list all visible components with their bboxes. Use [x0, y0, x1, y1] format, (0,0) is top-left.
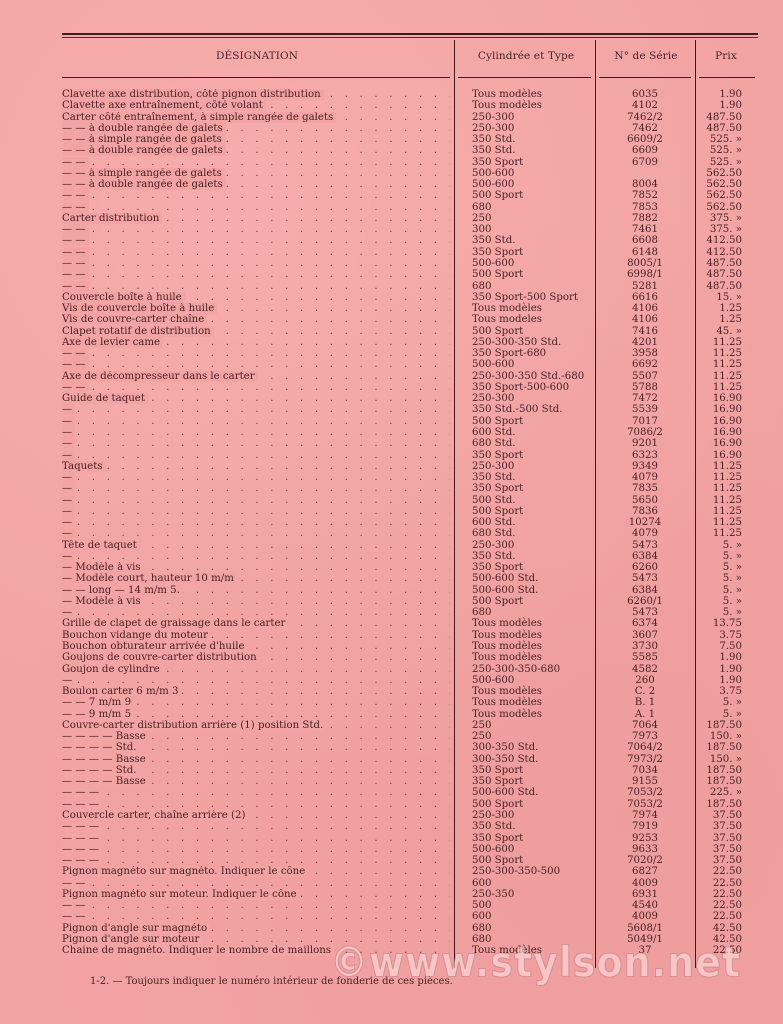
leader-dots: . . . . . . . . . . . . . . . . . . . . …	[62, 404, 450, 415]
prix-cell: 5. »	[700, 697, 742, 708]
table-row: . . . . . . . . . . . . . . . . . . . . …	[0, 630, 783, 641]
serie-cell: 9155	[598, 776, 692, 787]
leader-dots: . . . . . . . . . . . . . . . . . . . . …	[62, 202, 450, 213]
serie-cell: 5608/1	[598, 923, 692, 934]
serie-cell: 7053/2	[598, 787, 692, 798]
table-row: . . . . . . . . . . . . . . . . . . . . …	[0, 855, 783, 866]
serie-cell: 260	[598, 675, 692, 686]
serie-cell: 7461	[598, 224, 692, 235]
table-row: . . . . . . . . . . . . . . . . . . . . …	[0, 427, 783, 438]
designation-text: Clavette axe distribution, côté pignon d…	[62, 89, 324, 100]
serie-cell: 6323	[598, 450, 692, 461]
prix-cell: 11.25	[700, 371, 742, 382]
prix-cell: 11.25	[700, 506, 742, 517]
serie-cell: 7462	[598, 123, 692, 134]
leader-dots: . . . . . . . . . . . . . . . . . . . . …	[62, 855, 450, 866]
prix-cell: 1.25	[700, 314, 742, 325]
prix-cell: 7.50	[700, 641, 742, 652]
table-row: . . . . . . . . . . . . . . . . . . . . …	[0, 573, 783, 584]
header-rule	[458, 77, 591, 78]
designation-text: —	[62, 427, 75, 438]
table-row: . . . . . . . . . . . . . . . . . . . . …	[0, 179, 783, 190]
designation-cell: . . . . . . . . . . . . . . . . . . . . …	[62, 416, 450, 427]
serie-cell: 7852	[598, 190, 692, 201]
prix-cell: 15. »	[700, 292, 742, 303]
designation-cell: . . . . . . . . . . . . . . . . . . . . …	[62, 450, 450, 461]
prix-cell: 16.90	[700, 450, 742, 461]
table-row: . . . . . . . . . . . . . . . . . . . . …	[0, 720, 783, 731]
serie-cell: 4009	[598, 878, 692, 889]
table-row: . . . . . . . . . . . . . . . . . . . . …	[0, 371, 783, 382]
designation-cell: . . . . . . . . . . . . . . . . . . . . …	[62, 562, 450, 573]
designation-text: — — — — Basse	[62, 754, 149, 765]
table-row: . . . . . . . . . . . . . . . . . . . . …	[0, 393, 783, 404]
designation-text: — —	[62, 224, 89, 235]
cylindree-cell: 300-350 Std.	[472, 754, 592, 765]
prix-cell: 487.50	[700, 269, 742, 280]
designation-cell: . . . . . . . . . . . . . . . . . . . . …	[62, 123, 450, 134]
designation-cell: . . . . . . . . . . . . . . . . . . . . …	[62, 607, 450, 618]
prix-cell: 13.75	[700, 618, 742, 629]
designation-text: Guide de taquet	[62, 393, 148, 404]
cylindree-cell: 350 Sport-500-600	[472, 382, 592, 393]
table-row: . . . . . . . . . . . . . . . . . . . . …	[0, 269, 783, 280]
serie-cell: 8005/1	[598, 258, 692, 269]
leader-dots: . . . . . . . . . . . . . . . . . . . . …	[62, 247, 450, 258]
cylindree-cell: 250	[472, 731, 592, 742]
designation-cell: . . . . . . . . . . . . . . . . . . . . …	[62, 664, 450, 675]
cylindree-cell: 350 Std.	[472, 472, 592, 483]
table-row: . . . . . . . . . . . . . . . . . . . . …	[0, 145, 783, 156]
designation-cell: . . . . . . . . . . . . . . . . . . . . …	[62, 720, 450, 731]
parts-price-list-page: DÉSIGNATION Cylindrée et Type N° de Séri…	[0, 0, 783, 1024]
cylindree-cell: 500 Sport	[472, 596, 592, 607]
cylindree-cell: 500-600 Std.	[472, 787, 592, 798]
serie-cell: 7017	[598, 416, 692, 427]
prix-cell: 5. »	[700, 607, 742, 618]
prix-cell: 11.25	[700, 517, 742, 528]
designation-text: —	[62, 472, 75, 483]
table-row: . . . . . . . . . . . . . . . . . . . . …	[0, 472, 783, 483]
table-row: . . . . . . . . . . . . . . . . . . . . …	[0, 461, 783, 472]
table-row: . . . . . . . . . . . . . . . . . . . . …	[0, 787, 783, 798]
prix-cell: 562.50	[700, 202, 742, 213]
serie-cell: 4106	[598, 314, 692, 325]
prix-cell: 37.50	[700, 833, 742, 844]
table-row: . . . . . . . . . . . . . . . . . . . . …	[0, 224, 783, 235]
table-row: . . . . . . . . . . . . . . . . . . . . …	[0, 697, 783, 708]
prix-cell: 187.50	[700, 799, 742, 810]
table-row: . . . . . . . . . . . . . . . . . . . . …	[0, 235, 783, 246]
serie-cell: 5788	[598, 382, 692, 393]
prix-cell: 187.50	[700, 720, 742, 731]
table-row: . . . . . . . . . . . . . . . . . . . . …	[0, 112, 783, 123]
table-row: . . . . . . . . . . . . . . . . . . . . …	[0, 416, 783, 427]
designation-cell: . . . . . . . . . . . . . . . . . . . . …	[62, 731, 450, 742]
designation-cell: . . . . . . . . . . . . . . . . . . . . …	[62, 393, 450, 404]
designation-cell: . . . . . . . . . . . . . . . . . . . . …	[62, 495, 450, 506]
prix-cell: 11.25	[700, 472, 742, 483]
prix-cell: 37.50	[700, 855, 742, 866]
serie-cell: 5650	[598, 495, 692, 506]
designation-cell: . . . . . . . . . . . . . . . . . . . . …	[62, 900, 450, 911]
serie-cell: 5507	[598, 371, 692, 382]
table-row: . . . . . . . . . . . . . . . . . . . . …	[0, 911, 783, 922]
table-row: . . . . . . . . . . . . . . . . . . . . …	[0, 450, 783, 461]
serie-cell: 4540	[598, 900, 692, 911]
designation-text: — — 7 m/m 9	[62, 697, 134, 708]
serie-cell: 7064	[598, 720, 692, 731]
table-row: . . . . . . . . . . . . . . . . . . . . …	[0, 359, 783, 370]
designation-text: — —	[62, 157, 89, 168]
prix-cell: 45. »	[700, 326, 742, 337]
cylindree-cell: 350 Sport	[472, 833, 592, 844]
serie-cell: 4079	[598, 472, 692, 483]
designation-cell: . . . . . . . . . . . . . . . . . . . . …	[62, 359, 450, 370]
serie-cell: 7020/2	[598, 855, 692, 866]
designation-text: Vis de couvre-carter chaîne	[62, 314, 207, 325]
designation-cell: . . . . . . . . . . . . . . . . . . . . …	[62, 292, 450, 303]
designation-cell: . . . . . . . . . . . . . . . . . . . . …	[62, 573, 450, 584]
table-row: . . . . . . . . . . . . . . . . . . . . …	[0, 866, 783, 877]
serie-cell: 6148	[598, 247, 692, 258]
designation-text: Pignon d'angle sur moteur	[62, 934, 202, 945]
serie-cell: 6998/1	[598, 269, 692, 280]
cylindree-cell: 680	[472, 202, 592, 213]
serie-cell: 6709	[598, 157, 692, 168]
designation-cell: . . . . . . . . . . . . . . . . . . . . …	[62, 168, 450, 179]
designation-text: Axe de levier came	[62, 337, 163, 348]
leader-dots: . . . . . . . . . . . . . . . . . . . . …	[62, 427, 450, 438]
serie-cell: B. 1	[598, 697, 692, 708]
designation-text: —	[62, 607, 75, 618]
table-row: . . . . . . . . . . . . . . . . . . . . …	[0, 258, 783, 269]
designation-cell: . . . . . . . . . . . . . . . . . . . . …	[62, 618, 450, 629]
designation-text: Tête de taquet	[62, 540, 140, 551]
prix-cell: 11.25	[700, 382, 742, 393]
serie-cell: A. 1	[598, 709, 692, 720]
prix-cell: 3.75	[700, 686, 742, 697]
prix-cell: 187.50	[700, 765, 742, 776]
designation-cell: . . . . . . . . . . . . . . . . . . . . …	[62, 799, 450, 810]
prix-cell: 22.50	[700, 889, 742, 900]
designation-text: Carter côté entraînement, à simple rangé…	[62, 112, 336, 123]
serie-cell: 6608	[598, 235, 692, 246]
leader-dots: . . . . . . . . . . . . . . . . . . . . …	[62, 359, 450, 370]
leader-dots: . . . . . . . . . . . . . . . . . . . . …	[62, 787, 450, 798]
designation-text: —	[62, 438, 75, 449]
designation-text: Pignon d'angle sur magnéto	[62, 923, 210, 934]
serie-cell: 4079	[598, 528, 692, 539]
cylindree-cell: 350 Std.	[472, 551, 592, 562]
designation-cell: . . . . . . . . . . . . . . . . . . . . …	[62, 709, 450, 720]
cylindree-cell: 250-300-350-500	[472, 866, 592, 877]
table-row: . . . . . . . . . . . . . . . . . . . . …	[0, 810, 783, 821]
designation-text: — Modèle à vis	[62, 596, 144, 607]
designation-text: — — long — 14 m/m 5.	[62, 585, 183, 596]
cylindree-cell: 500 Sport	[472, 326, 592, 337]
designation-cell: . . . . . . . . . . . . . . . . . . . . …	[62, 833, 450, 844]
leader-dots: . . . . . . . . . . . . . . . . . . . . …	[62, 269, 450, 280]
cylindree-cell: 680	[472, 281, 592, 292]
leader-dots: . . . . . . . . . . . . . . . . . . . . …	[62, 675, 450, 686]
cylindree-cell: 600	[472, 911, 592, 922]
serie-cell: 7919	[598, 821, 692, 832]
serie-cell: 3607	[598, 630, 692, 641]
table-row: . . . . . . . . . . . . . . . . . . . . …	[0, 540, 783, 551]
leader-dots: . . . . . . . . . . . . . . . . . . . . …	[62, 833, 450, 844]
table-row: . . . . . . . . . . . . . . . . . . . . …	[0, 247, 783, 258]
prix-cell: 525. »	[700, 157, 742, 168]
table-row: . . . . . . . . . . . . . . . . . . . . …	[0, 134, 783, 145]
prix-cell: 562.50	[700, 190, 742, 201]
designation-text: —	[62, 416, 75, 427]
table-row: . . . . . . . . . . . . . . . . . . . . …	[0, 89, 783, 100]
serie-cell: 7416	[598, 326, 692, 337]
cylindree-cell: 500-600	[472, 179, 592, 190]
serie-cell: 6931	[598, 889, 692, 900]
table-row: . . . . . . . . . . . . . . . . . . . . …	[0, 438, 783, 449]
designation-cell: . . . . . . . . . . . . . . . . . . . . …	[62, 281, 450, 292]
designation-cell: . . . . . . . . . . . . . . . . . . . . …	[62, 89, 450, 100]
designation-cell: . . . . . . . . . . . . . . . . . . . . …	[62, 258, 450, 269]
table-row: . . . . . . . . . . . . . . . . . . . . …	[0, 303, 783, 314]
cylindree-cell: 680 Std.	[472, 528, 592, 539]
cylindree-cell: 680	[472, 607, 592, 618]
designation-cell: . . . . . . . . . . . . . . . . . . . . …	[62, 269, 450, 280]
designation-text: Axe de décompresseur dans le carter	[62, 371, 258, 382]
designation-cell: . . . . . . . . . . . . . . . . . . . . …	[62, 483, 450, 494]
designation-cell: . . . . . . . . . . . . . . . . . . . . …	[62, 652, 450, 663]
prix-cell: 11.25	[700, 461, 742, 472]
table-row: . . . . . . . . . . . . . . . . . . . . …	[0, 754, 783, 765]
prix-cell: 11.25	[700, 359, 742, 370]
table-row: . . . . . . . . . . . . . . . . . . . . …	[0, 742, 783, 753]
prix-cell: 1.90	[700, 675, 742, 686]
table-row: . . . . . . . . . . . . . . . . . . . . …	[0, 528, 783, 539]
designation-cell: . . . . . . . . . . . . . . . . . . . . …	[62, 686, 450, 697]
leader-dots: . . . . . . . . . . . . . . . . . . . . …	[62, 528, 450, 539]
serie-cell: 4201	[598, 337, 692, 348]
cylindree-cell: 500 Sport	[472, 190, 592, 201]
serie-cell: 7064/2	[598, 742, 692, 753]
designation-cell: . . . . . . . . . . . . . . . . . . . . …	[62, 754, 450, 765]
designation-text: Carter distribution	[62, 213, 162, 224]
prix-cell: 150. »	[700, 731, 742, 742]
designation-cell: . . . . . . . . . . . . . . . . . . . . …	[62, 506, 450, 517]
table-row: . . . . . . . . . . . . . . . . . . . . …	[0, 562, 783, 573]
cylindree-cell: Tous modèles	[472, 641, 592, 652]
cylindree-cell: 250-300	[472, 393, 592, 404]
cylindree-cell: 500-600 Std.	[472, 585, 592, 596]
cylindree-cell: 500-600 Std.	[472, 573, 592, 584]
cylindree-cell: 600	[472, 878, 592, 889]
serie-cell: 5281	[598, 281, 692, 292]
designation-text: Chaine de magnéto. Indiquer le nombre de…	[62, 945, 334, 956]
serie-cell: 6035	[598, 89, 692, 100]
cylindree-cell: 680 Std.	[472, 438, 592, 449]
designation-text: — —	[62, 281, 89, 292]
prix-cell: 16.90	[700, 416, 742, 427]
designation-cell: . . . . . . . . . . . . . . . . . . . . …	[62, 157, 450, 168]
prix-cell: 1.90	[700, 664, 742, 675]
designation-cell: . . . . . . . . . . . . . . . . . . . . …	[62, 202, 450, 213]
cylindree-cell: 250	[472, 213, 592, 224]
header-rule	[699, 77, 755, 78]
table-row: . . . . . . . . . . . . . . . . . . . . …	[0, 664, 783, 675]
designation-text: — — à simple rangée de galets	[62, 134, 225, 145]
prix-cell: 37.50	[700, 844, 742, 855]
table-row: . . . . . . . . . . . . . . . . . . . . …	[0, 314, 783, 325]
serie-cell: 7053/2	[598, 799, 692, 810]
cylindree-cell: 350 Sport	[472, 483, 592, 494]
cylindree-cell: 350 Sport	[472, 776, 592, 787]
designation-text: Clavette axe entraînement, côté volant	[62, 100, 266, 111]
serie-cell: 4106	[598, 303, 692, 314]
serie-cell: 8004	[598, 179, 692, 190]
serie-cell: 6609/2	[598, 134, 692, 145]
designation-cell: . . . . . . . . . . . . . . . . . . . . …	[62, 551, 450, 562]
designation-cell: . . . . . . . . . . . . . . . . . . . . …	[62, 145, 450, 156]
cylindree-cell: 250-300	[472, 112, 592, 123]
designation-cell: . . . . . . . . . . . . . . . . . . . . …	[62, 596, 450, 607]
cylindree-cell: 350 Sport	[472, 247, 592, 258]
leader-dots: . . . . . . . . . . . . . . . . . . . . …	[62, 472, 450, 483]
serie-cell: 10274	[598, 517, 692, 528]
designation-cell: . . . . . . . . . . . . . . . . . . . . …	[62, 404, 450, 415]
designation-text: Bouchon obturateur arrivée d'huile	[62, 641, 248, 652]
leader-dots: . . . . . . . . . . . . . . . . . . . . …	[62, 416, 450, 427]
designation-cell: . . . . . . . . . . . . . . . . . . . . …	[62, 314, 450, 325]
table-row: . . . . . . . . . . . . . . . . . . . . …	[0, 923, 783, 934]
designation-cell: . . . . . . . . . . . . . . . . . . . . …	[62, 697, 450, 708]
designation-text: Goujon de cylindre	[62, 664, 163, 675]
serie-cell: 7462/2	[598, 112, 692, 123]
leader-dots: . . . . . . . . . . . . . . . . . . . . …	[62, 911, 450, 922]
designation-text: Couvercle boîte à huile	[62, 292, 185, 303]
cylindree-cell: Tous modèles	[472, 686, 592, 697]
prix-cell: 3.75	[700, 630, 742, 641]
designation-text: —	[62, 675, 75, 686]
table-row: . . . . . . . . . . . . . . . . . . . . …	[0, 765, 783, 776]
cylindree-cell: Tous modèles	[472, 630, 592, 641]
cylindree-cell: 350 Std.-500 Std.	[472, 404, 592, 415]
cylindree-cell: 500 Sport	[472, 269, 592, 280]
table-row: . . . . . . . . . . . . . . . . . . . . …	[0, 495, 783, 506]
table-row: . . . . . . . . . . . . . . . . . . . . …	[0, 157, 783, 168]
serie-cell: 9201	[598, 438, 692, 449]
serie-cell: 9253	[598, 833, 692, 844]
top-rule	[62, 33, 758, 35]
table-row: . . . . . . . . . . . . . . . . . . . . …	[0, 382, 783, 393]
designation-cell: . . . . . . . . . . . . . . . . . . . . …	[62, 179, 450, 190]
serie-cell: 7973	[598, 731, 692, 742]
serie-cell: 3958	[598, 348, 692, 359]
header-prix: Prix	[698, 50, 754, 62]
cylindree-cell: Tous modèles	[472, 697, 592, 708]
prix-cell: 487.50	[700, 112, 742, 123]
designation-text: Couvercle carter, chaîne arrière (2)	[62, 810, 248, 821]
cylindree-cell: Tous modèles	[472, 709, 592, 720]
cylindree-cell: 500 Sport	[472, 506, 592, 517]
prix-cell: 5. »	[700, 596, 742, 607]
designation-text: — —	[62, 202, 89, 213]
designation-text: — — —	[62, 821, 102, 832]
prix-cell: 22.50	[700, 878, 742, 889]
prix-cell: 187.50	[700, 742, 742, 753]
designation-text: —	[62, 506, 75, 517]
prix-cell: 5. »	[700, 551, 742, 562]
designation-text: — —	[62, 258, 89, 269]
table-row: . . . . . . . . . . . . . . . . . . . . …	[0, 878, 783, 889]
designation-cell: . . . . . . . . . . . . . . . . . . . . …	[62, 134, 450, 145]
prix-cell: 1.90	[700, 652, 742, 663]
leader-dots: . . . . . . . . . . . . . . . . . . . . …	[62, 438, 450, 449]
cylindree-cell: 350 Sport-500 Sport	[472, 292, 592, 303]
serie-cell: 6260	[598, 562, 692, 573]
leader-dots: . . . . . . . . . . . . . . . . . . . . …	[62, 157, 450, 168]
prix-cell: 225. »	[700, 787, 742, 798]
header-rule	[599, 77, 691, 78]
designation-cell: . . . . . . . . . . . . . . . . . . . . …	[62, 585, 450, 596]
table-row: . . . . . . . . . . . . . . . . . . . . …	[0, 326, 783, 337]
header-serie: N° de Série	[598, 50, 694, 62]
table-row: . . . . . . . . . . . . . . . . . . . . …	[0, 641, 783, 652]
serie-cell: 7853	[598, 202, 692, 213]
designation-cell: . . . . . . . . . . . . . . . . . . . . …	[62, 190, 450, 201]
watermark: ©www.stylson.net	[330, 938, 741, 986]
designation-text: Clapet rotatif de distribution	[62, 326, 214, 337]
leader-dots: . . . . . . . . . . . . . . . . . . . . …	[62, 506, 450, 517]
prix-cell: 5. »	[700, 585, 742, 596]
cylindree-cell: 350 Std.	[472, 821, 592, 832]
leader-dots: . . . . . . . . . . . . . . . . . . . . …	[62, 224, 450, 235]
designation-text: Pignon magnéto sur magnéto. Indiquer le …	[62, 866, 308, 877]
prix-cell: 187.50	[700, 776, 742, 787]
leader-dots: . . . . . . . . . . . . . . . . . . . . …	[62, 348, 450, 359]
designation-cell: . . . . . . . . . . . . . . . . . . . . …	[62, 821, 450, 832]
designation-text: — — à double rangée de galets	[62, 145, 226, 156]
table-row: . . . . . . . . . . . . . . . . . . . . …	[0, 833, 783, 844]
cylindree-cell: 500-600	[472, 258, 592, 269]
cylindree-cell: 250-300-350 Std.-680	[472, 371, 592, 382]
serie-cell: 4009	[598, 911, 692, 922]
designation-cell: . . . . . . . . . . . . . . . . . . . . …	[62, 213, 450, 224]
cylindree-cell: 600 Std.	[472, 427, 592, 438]
designation-cell: . . . . . . . . . . . . . . . . . . . . …	[62, 675, 450, 686]
designation-text: — —	[62, 235, 89, 246]
cylindree-cell: 500	[472, 900, 592, 911]
cylindree-cell: Tous modèles	[472, 618, 592, 629]
designation-cell: . . . . . . . . . . . . . . . . . . . . …	[62, 923, 450, 934]
header-rule	[62, 77, 450, 78]
prix-cell: 375. »	[700, 213, 742, 224]
serie-cell: 7836	[598, 506, 692, 517]
leader-dots: . . . . . . . . . . . . . . . . . . . . …	[62, 235, 450, 246]
cylindree-cell: 500 Sport	[472, 855, 592, 866]
leader-dots: . . . . . . . . . . . . . . . . . . . . …	[62, 190, 450, 201]
table-row: . . . . . . . . . . . . . . . . . . . . …	[0, 517, 783, 528]
prix-cell: 16.90	[700, 438, 742, 449]
prix-cell: 42.50	[700, 923, 742, 934]
table-row: . . . . . . . . . . . . . . . . . . . . …	[0, 292, 783, 303]
designation-cell: . . . . . . . . . . . . . . . . . . . . …	[62, 641, 450, 652]
leader-dots: . . . . . . . . . . . . . . . . . . . . …	[62, 517, 450, 528]
cylindree-cell: 250-300-350-680	[472, 664, 592, 675]
leader-dots: . . . . . . . . . . . . . . . . . . . . …	[62, 450, 450, 461]
prix-cell: 11.25	[700, 337, 742, 348]
serie-cell: 6827	[598, 866, 692, 877]
